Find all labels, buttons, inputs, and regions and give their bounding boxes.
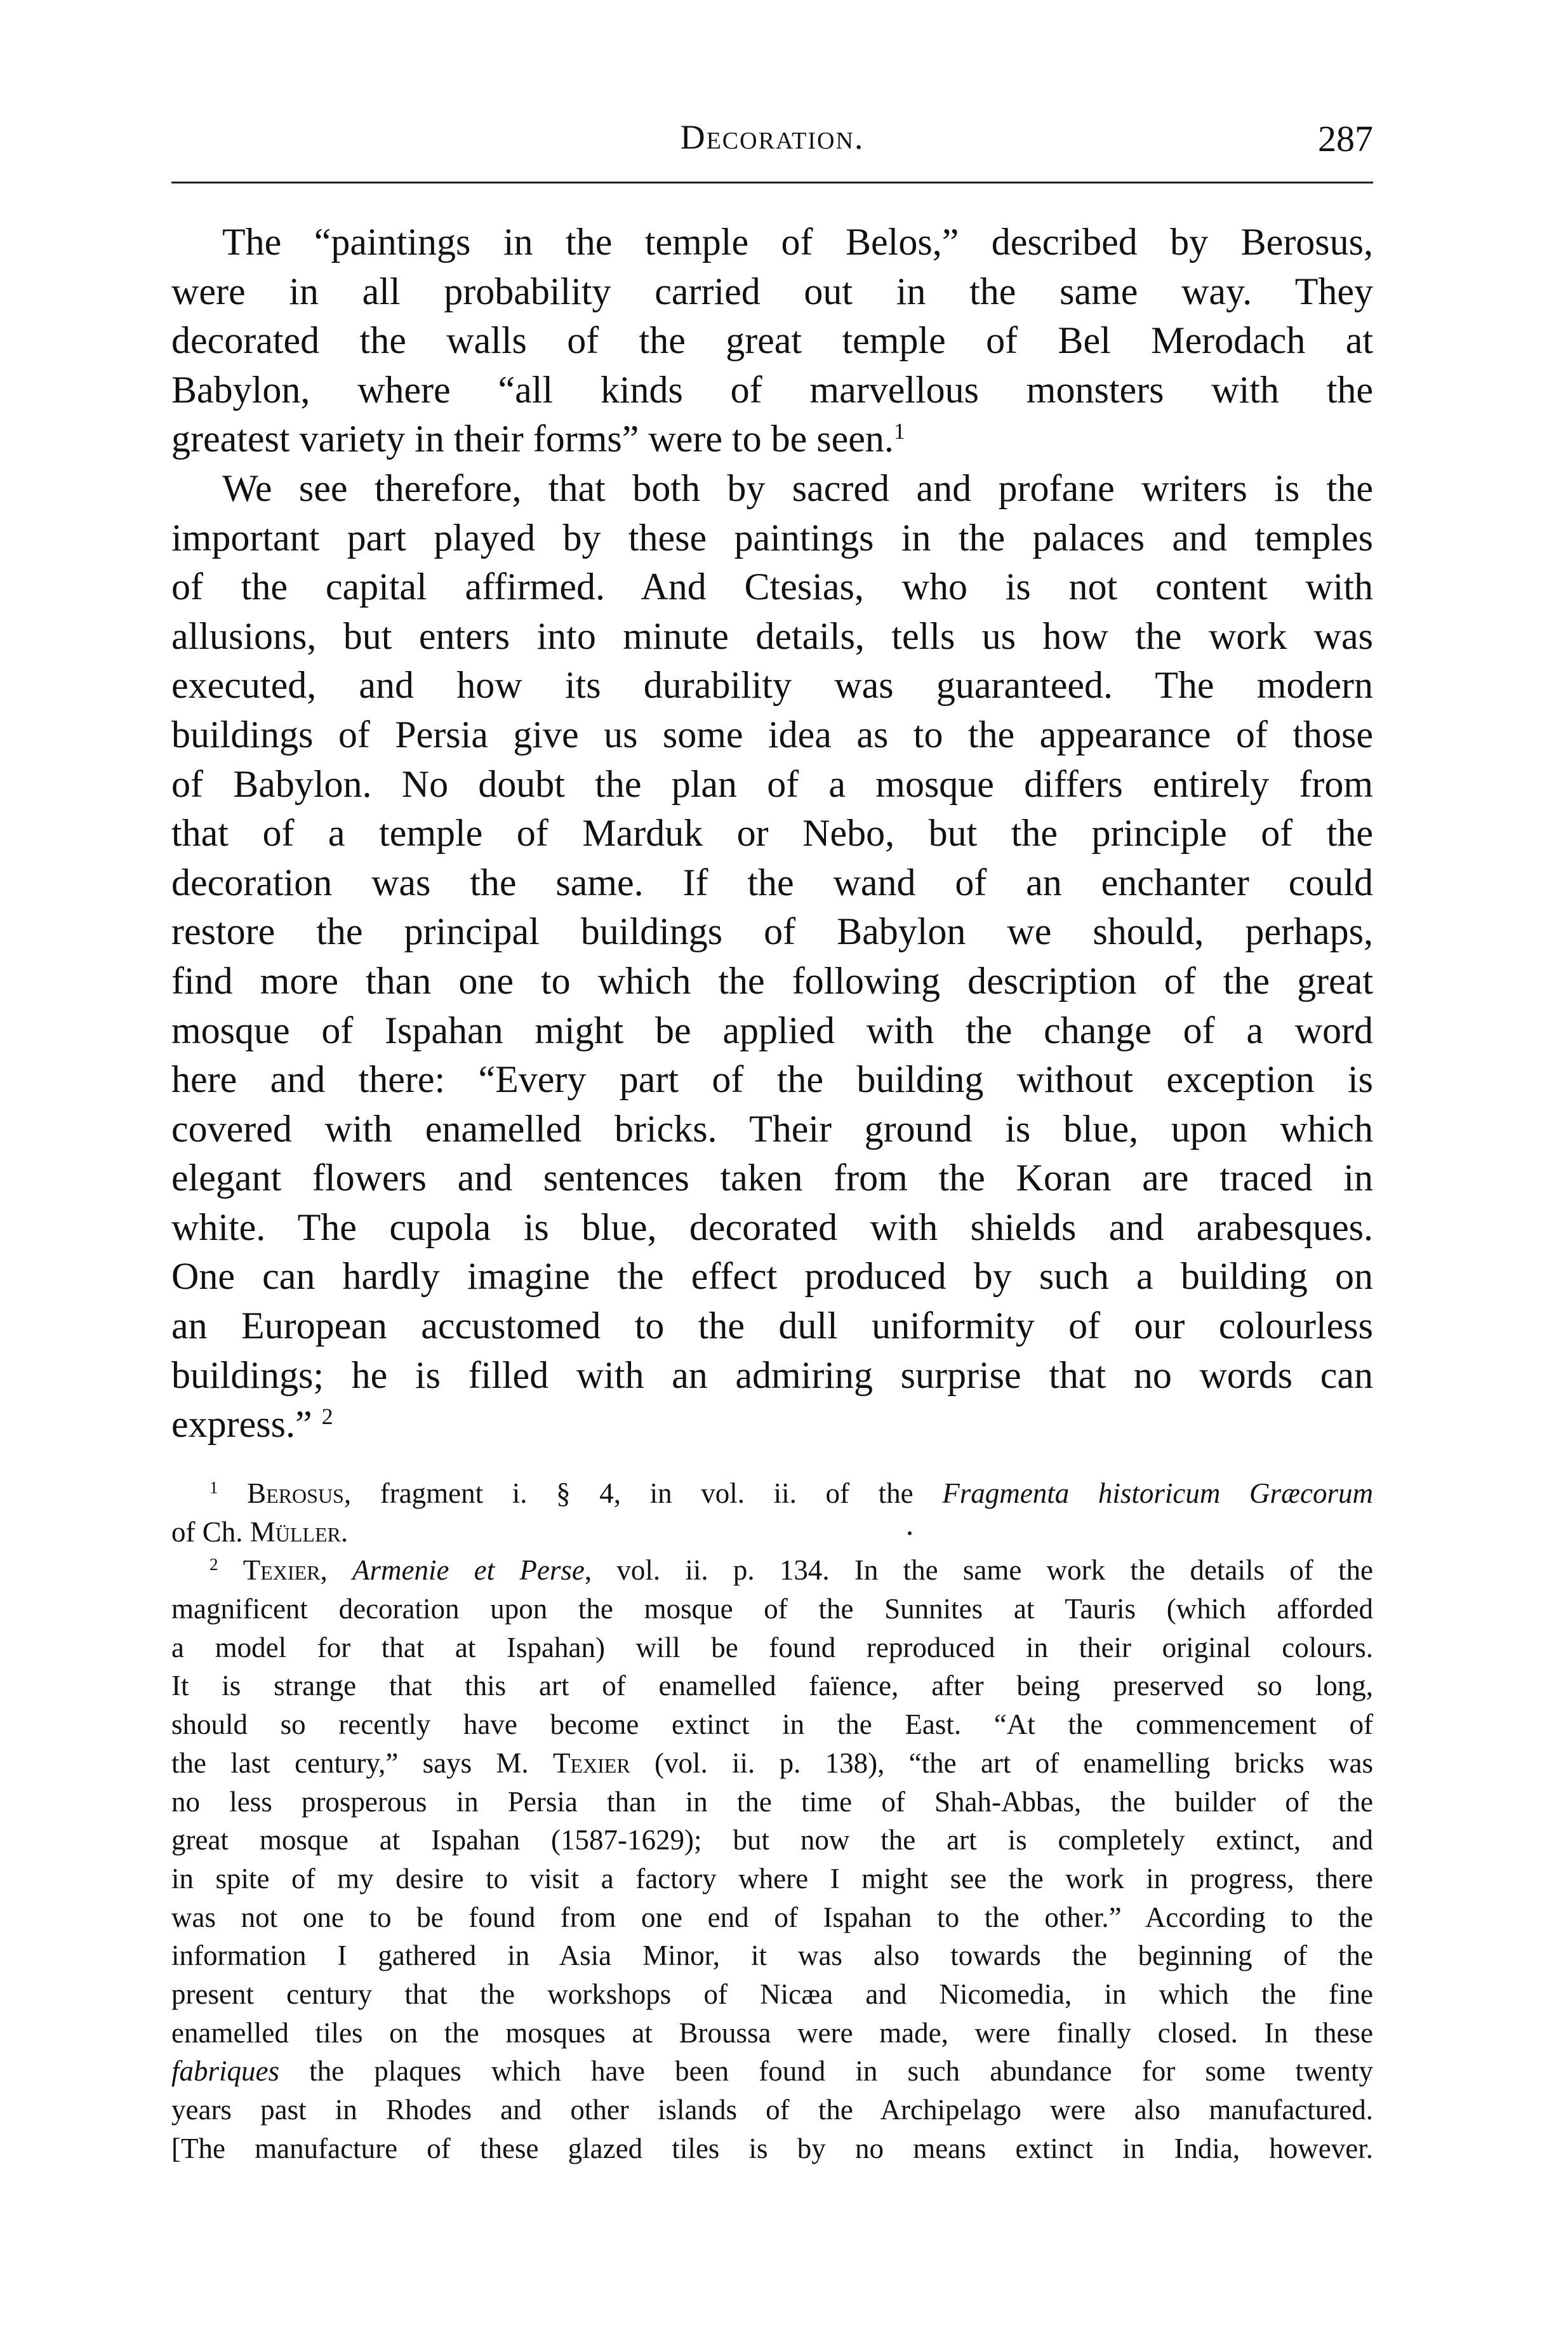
body-line: of Babylon. No doubt the plan of a mosqu… bbox=[171, 760, 1373, 809]
footnote-2-line: no less prosperous in Persia than in the… bbox=[171, 1783, 1373, 1821]
running-head-title: Decoration. bbox=[171, 117, 1373, 157]
body-line: express.” 2 bbox=[171, 1400, 1373, 1449]
footnote-text: , bbox=[320, 1554, 352, 1586]
footnote-italic-word: fabriques bbox=[171, 2055, 279, 2087]
footnote-text: , vol. ii. p. 134. In the same work the … bbox=[585, 1554, 1373, 1586]
footnote-2-line: enamelled tiles on the mosques at Brouss… bbox=[171, 2014, 1373, 2053]
footnote-2-line: was not one to be found from one end of … bbox=[171, 1898, 1373, 1937]
body-line: mosque of Ispahan might be applied with … bbox=[171, 1006, 1373, 1056]
footnote-2-line: present century that the workshops of Ni… bbox=[171, 1975, 1373, 2014]
footnote-mark-1: 1 bbox=[209, 1478, 218, 1497]
body-line: allusions, but enters into minute detail… bbox=[171, 612, 1373, 662]
footnote-2-line: great mosque at Ispahan (1587-1629); but… bbox=[171, 1821, 1373, 1860]
body-line: The “paintings in the temple of Belos,” … bbox=[171, 218, 1373, 267]
body-line: elegant flowers and sentences taken from… bbox=[171, 1154, 1373, 1203]
footnote-ref-1[interactable]: 1 bbox=[894, 419, 905, 444]
footnote-2-line: the last century,” says M. Texier (vol. … bbox=[171, 1744, 1373, 1783]
footnote-author: Berosus bbox=[247, 1477, 344, 1509]
footnote-2-line: 2 Texier, Armenie et Perse, vol. ii. p. … bbox=[171, 1551, 1373, 1590]
body-line: One can hardly imagine the effect produc… bbox=[171, 1252, 1373, 1302]
footnote-2-line: fabriques the plaques which have been fo… bbox=[171, 2052, 1373, 2091]
body-line-text: greatest variety in their forms” were to… bbox=[171, 418, 894, 460]
footnote-text: the plaques which have been found in suc… bbox=[279, 2055, 1373, 2087]
body-line-text: express.” bbox=[171, 1403, 312, 1445]
footnote-ref-2[interactable]: 2 bbox=[322, 1404, 333, 1429]
footnote-text: the last century,” says M. bbox=[171, 1747, 553, 1779]
footnote-text: of Ch. bbox=[171, 1516, 250, 1548]
footnote-text: , fragment i. § 4, in vol. ii. of the bbox=[344, 1477, 942, 1509]
footnote-2-line: should so recently have become extinct i… bbox=[171, 1705, 1373, 1744]
body-line: buildings of Persia give us some idea as… bbox=[171, 710, 1373, 760]
footnote-text: . bbox=[341, 1516, 348, 1548]
footnote-mark-2: 2 bbox=[209, 1555, 218, 1575]
body-line: find more than one to which the followin… bbox=[171, 957, 1373, 1006]
footnote-text: (vol. ii. p. 138), “the art of enamellin… bbox=[630, 1747, 1373, 1779]
body-line: Babylon, where “all kinds of marvellous … bbox=[171, 366, 1373, 415]
body-line: were in all probability carried out in t… bbox=[171, 267, 1373, 317]
body-line: here and there: “Every part of the build… bbox=[171, 1055, 1373, 1105]
body-line: executed, and how its durability was gua… bbox=[171, 661, 1373, 710]
page-number: 287 bbox=[1318, 117, 1373, 160]
running-head: Decoration. 287 bbox=[171, 117, 1373, 168]
footnote-author: Texier bbox=[243, 1554, 321, 1586]
footnotes: 1 Berosus, fragment i. § 4, in vol. ii. … bbox=[171, 1474, 1373, 2168]
footnote-2-line: in spite of my desire to visit a factory… bbox=[171, 1860, 1373, 1898]
body-line: restore the principal buildings of Babyl… bbox=[171, 907, 1373, 957]
body-line: buildings; he is filled with an admiring… bbox=[171, 1351, 1373, 1401]
footnote-2-line: It is strange that this art of enamelled… bbox=[171, 1667, 1373, 1705]
body-line: important part played by these paintings… bbox=[171, 514, 1373, 563]
footnote-1-line: 1 Berosus, fragment i. § 4, in vol. ii. … bbox=[171, 1474, 1373, 1513]
footnote-title: Armenie et Perse bbox=[352, 1554, 585, 1586]
footnote-author: Texier bbox=[553, 1747, 630, 1779]
body-line: decorated the walls of the great temple … bbox=[171, 316, 1373, 366]
body-line: We see therefore, that both by sacred an… bbox=[171, 464, 1373, 514]
body-text: The “paintings in the temple of Belos,” … bbox=[171, 218, 1373, 1449]
footnote-1-line: of Ch. Müller. bbox=[171, 1513, 1373, 1552]
footnote-title: Fragmenta historicum Græcorum bbox=[942, 1477, 1373, 1509]
body-line: an European accustomed to the dull unifo… bbox=[171, 1302, 1373, 1351]
footnote-2-line: magnificent decoration upon the mosque o… bbox=[171, 1590, 1373, 1628]
body-line: greatest variety in their forms” were to… bbox=[171, 415, 1373, 464]
footnote-2-line: a model for that at Ispahan) will be fou… bbox=[171, 1628, 1373, 1667]
footnote-2-line: years past in Rhodes and other islands o… bbox=[171, 2091, 1373, 2129]
header-rule bbox=[171, 182, 1373, 183]
footnote-author: Müller bbox=[250, 1516, 341, 1548]
body-line: of the capital affirmed. And Ctesias, wh… bbox=[171, 563, 1373, 612]
footnote-2-line: [The manufacture of these glazed tiles i… bbox=[171, 2129, 1373, 2168]
body-line: that of a temple of Marduk or Nebo, but … bbox=[171, 809, 1373, 858]
body-line: covered with enamelled bricks. Their gro… bbox=[171, 1105, 1373, 1154]
body-line: decoration was the same. If the wand of … bbox=[171, 858, 1373, 908]
footnote-2-line: information I gathered in Asia Minor, it… bbox=[171, 1936, 1373, 1975]
body-line: white. The cupola is blue, decorated wit… bbox=[171, 1203, 1373, 1253]
